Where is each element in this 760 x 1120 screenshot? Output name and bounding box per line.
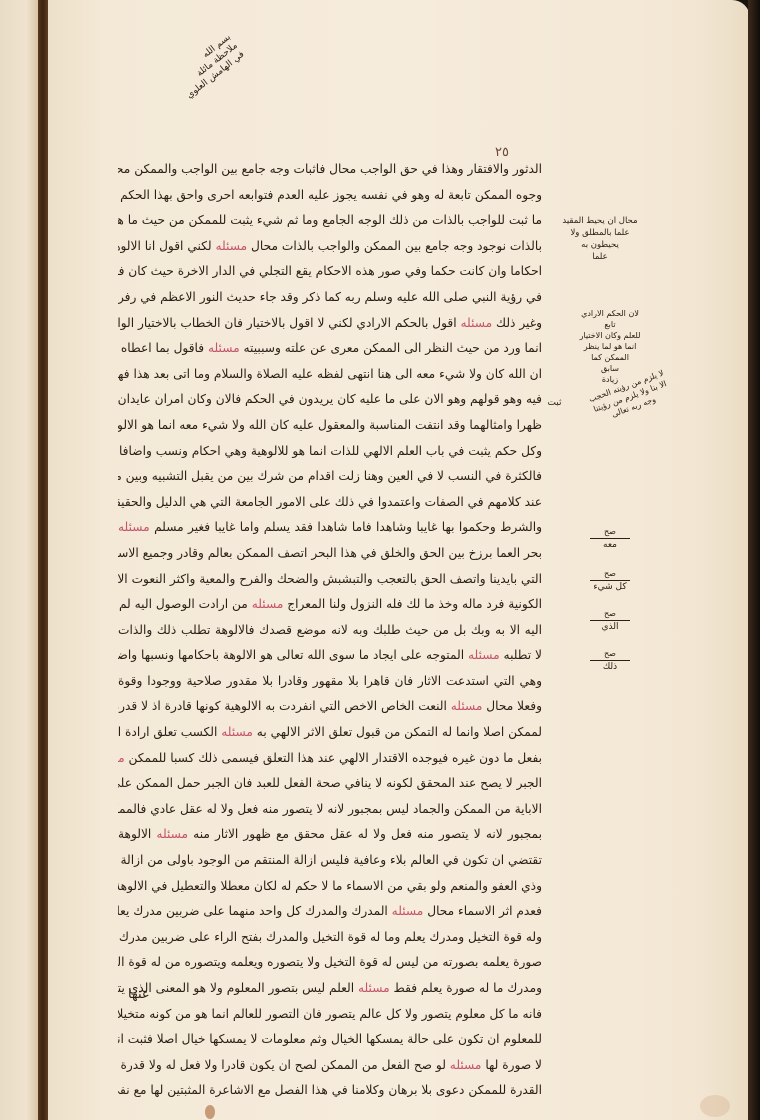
margin-note-1: محال ان يحيط المقيد علما بالمطلق ولا يحي… bbox=[560, 215, 640, 263]
facing-page-edge bbox=[0, 0, 38, 1120]
line-text: اليه الا به وبك بل من حيث طلبك وبه لانه … bbox=[118, 623, 542, 637]
line-text: العلم ليس بتصور المعلوم ولا هو المعنى ال… bbox=[118, 981, 354, 995]
rubric-heading: مسئله bbox=[217, 725, 256, 739]
line-text: بمجبور لانه لا يتصور منه فعل ولا له عقل … bbox=[193, 827, 542, 841]
text-line: ومدرك ما له صورة يعلم فقط مسئله العلم لي… bbox=[118, 976, 542, 1002]
margin-correction: صحمعه bbox=[590, 538, 630, 550]
line-text: لا صورة لها bbox=[485, 1058, 542, 1072]
text-line: صورة يعلمه بصورته من ليس له قوة التخيل و… bbox=[118, 950, 542, 976]
text-line: الجبر لا يصح عند المحقق لكونه لا ينافي ص… bbox=[118, 771, 542, 797]
line-text: في رؤية النبي صلى الله عليه وسلم ربه كما… bbox=[118, 290, 542, 304]
line-text: لكني اقول انا الالوهة bbox=[118, 239, 212, 253]
line-text: الكونية فرد ماله وخذ ما لك فله النزول ول… bbox=[287, 597, 542, 611]
rubric-heading: مسئله bbox=[457, 316, 496, 330]
line-text: وذي العفو والمنعم ولو بقي من الاسماء ما … bbox=[118, 879, 542, 893]
line-text: عند كلامهم في الصفات واعتمدوا في ذلك على… bbox=[118, 495, 542, 509]
text-line: وكل حكم يثبت في باب العلم الالهي للذات ا… bbox=[118, 439, 542, 465]
correction-text: كل شيء bbox=[593, 582, 626, 592]
line-text: فانه ما كل معلوم يتصور ولا كل عالم يتصور… bbox=[118, 1007, 542, 1021]
margin-note-4: ثبت bbox=[542, 398, 567, 408]
text-line: لممكن اصلا وانما له التمكن من قبول تعلق … bbox=[118, 720, 542, 746]
text-line: التي بايدينا واتصف الحق بالتعجب والتبشبش… bbox=[118, 567, 542, 593]
line-text: وله قوة التخيل ومدرك يعلم وما له قوة الت… bbox=[118, 930, 542, 944]
paper-stain bbox=[700, 1095, 730, 1117]
text-line: اليه الا به وبك بل من حيث طلبك وبه لانه … bbox=[118, 618, 542, 644]
rubric-heading: مسئله bbox=[151, 827, 193, 841]
text-line: بالذات نوجود وجه جامع بين الممكن والواجب… bbox=[118, 234, 542, 260]
rubric-heading: مسئله bbox=[204, 341, 243, 355]
line-text: بفعل ما دون غيره فيوجده الاقتدار الالهي … bbox=[129, 751, 542, 765]
catchword: عنها bbox=[128, 987, 150, 1002]
text-line: وفعلا محال مسئله النعت الخاص الاخص التي … bbox=[118, 694, 542, 720]
line-text: وجوه الممكن تابعة له وهو في نفسه يجوز عل… bbox=[118, 188, 542, 202]
line-text: ظهرا وامثالهما وقد انتفت المناسبة والمعق… bbox=[118, 418, 542, 432]
margin-note-2: لان الحكم الارادي تابع للعلم وكان الاختي… bbox=[575, 308, 645, 385]
text-line: لا تطلبه مسئله المتوجه على ايجاد ما سوى … bbox=[118, 643, 542, 669]
line-text: بالذات نوجود وجه جامع بين الممكن والواجب… bbox=[251, 239, 542, 253]
rubric-heading: مسئله bbox=[446, 1058, 485, 1072]
line-text: اقول بالحكم الارادي لكني لا اقول بالاختي… bbox=[118, 316, 457, 330]
line-text: صورة يعلمه بصورته من ليس له قوة التخيل و… bbox=[118, 955, 542, 969]
text-line: ظهرا وامثالهما وقد انتفت المناسبة والمعق… bbox=[118, 413, 542, 439]
text-line: تقتضي ان تكون في العالم بلاء وعافية فليس… bbox=[118, 848, 542, 874]
text-line: بفعل ما دون غيره فيوجده الاقتدار الالهي … bbox=[118, 746, 542, 772]
text-line: والشرط وحكموا بها غايبا وشاهدا فاما شاهد… bbox=[118, 515, 542, 541]
line-text: فالكثرة في النسب لا في العين وهنا زلت اق… bbox=[118, 469, 542, 483]
text-line: بحر العما برزخ بين الحق والخلق في هذا ال… bbox=[118, 541, 542, 567]
line-text: التي بايدينا واتصف الحق بالتعجب والتبشبش… bbox=[118, 572, 542, 586]
text-line: فانه ما كل معلوم يتصور ولا كل عالم يتصور… bbox=[118, 1002, 542, 1028]
text-line: لا صورة لها مسئله لو صح الفعل من الممكن … bbox=[118, 1053, 542, 1079]
rubric-heading: مسئله bbox=[388, 904, 427, 918]
text-line: فالكثرة في النسب لا في العين وهنا زلت اق… bbox=[118, 464, 542, 490]
sah-mark-icon: صح bbox=[590, 527, 630, 536]
correction-text: ذلك bbox=[603, 662, 617, 672]
text-line: ما ثبت للواجب بالذات من ذلك الوجه الجامع… bbox=[118, 208, 542, 234]
line-text: بحر العما برزخ بين الحق والخلق في هذا ال… bbox=[118, 546, 542, 560]
line-text: الكسب تعلق ارادة الممكن bbox=[118, 725, 217, 739]
correction-text: معه bbox=[603, 540, 617, 550]
rubric-heading: مسئله bbox=[118, 751, 129, 765]
line-text: وكل حكم يثبت في باب العلم الالهي للذات ا… bbox=[118, 444, 542, 458]
line-text: للمعلوم ان تكون على حالة يمسكها الخيال و… bbox=[118, 1032, 542, 1046]
line-text: لممكن اصلا وانما له التمكن من قبول تعلق … bbox=[257, 725, 542, 739]
text-line: بمجبور لانه لا يتصور منه فعل ولا له عقل … bbox=[118, 822, 542, 848]
line-text: من ارادت الوصول اليه لم تصل bbox=[118, 597, 248, 611]
line-text: القدرة للممكن دعوى بلا برهان وكلامنا في … bbox=[118, 1083, 542, 1097]
main-text-block: الدثور والافتقار وهذا في حق الواجب محال … bbox=[118, 157, 542, 1104]
rubric-heading: مسئله bbox=[212, 239, 251, 253]
rubric-heading: مسئله bbox=[118, 520, 154, 534]
line-text: والشرط وحكموا بها غايبا وشاهدا فاما شاهد… bbox=[154, 520, 542, 534]
text-line: الاباية من الممكن والجماد ليس بمجبور لان… bbox=[118, 797, 542, 823]
text-line: للمعلوم ان تكون على حالة يمسكها الخيال و… bbox=[118, 1027, 542, 1053]
line-text: الدثور والافتقار وهذا في حق الواجب محال … bbox=[118, 162, 542, 176]
text-line: وله قوة التخيل ومدرك يعلم وما له قوة الت… bbox=[118, 925, 542, 951]
margin-correction: صحكل شيء bbox=[590, 580, 630, 592]
line-text: الالوهة bbox=[118, 827, 151, 841]
text-line: القدرة للممكن دعوى بلا برهان وكلامنا في … bbox=[118, 1078, 542, 1104]
text-line: انما ورد من حيث النظر الى الممكن معرى عن… bbox=[118, 336, 542, 362]
text-line: الدثور والافتقار وهذا في حق الواجب محال … bbox=[118, 157, 542, 183]
line-text: لا تطلبه bbox=[504, 648, 542, 662]
line-text: ما ثبت للواجب بالذات من ذلك الوجه الجامع… bbox=[118, 213, 542, 227]
sah-mark-icon: صح bbox=[590, 569, 630, 578]
line-text: انما ورد من حيث النظر الى الممكن معرى عن… bbox=[244, 341, 543, 355]
rubric-heading: مسئله bbox=[354, 981, 393, 995]
line-text: الجبر لا يصح عند المحقق لكونه لا ينافي ص… bbox=[118, 776, 542, 790]
text-line: فيه وهو قولهم وهو الان على ما عليه كان ي… bbox=[118, 387, 542, 413]
line-text: فعدم اثر الاسماء محال bbox=[427, 904, 542, 918]
text-line: فعدم اثر الاسماء محال مسئله المدرك والمد… bbox=[118, 899, 542, 925]
margin-correction: صحالذي bbox=[590, 620, 630, 632]
line-text: المدرك والمدرك كل واحد منهما على ضربين م… bbox=[118, 904, 388, 918]
line-text: لو صح الفعل من الممكن لصح ان يكون قادرا … bbox=[118, 1058, 446, 1072]
rubric-heading: مسئله bbox=[447, 699, 486, 713]
text-line: وغير ذلك مسئله اقول بالحكم الارادي لكني … bbox=[118, 311, 542, 337]
line-text: المتوجه على ايجاد ما سوى الله تعالى هو ا… bbox=[118, 648, 464, 662]
text-line: الكونية فرد ماله وخذ ما لك فله النزول ول… bbox=[118, 592, 542, 618]
line-text: وفعلا محال bbox=[486, 699, 542, 713]
sah-mark-icon: صح bbox=[590, 649, 630, 658]
line-text: الاباية من الممكن والجماد ليس بمجبور لان… bbox=[118, 802, 542, 816]
rubric-heading: مسئله bbox=[464, 648, 503, 662]
ink-stain bbox=[205, 1105, 215, 1119]
line-text: ومدرك ما له صورة يعلم فقط bbox=[394, 981, 543, 995]
correction-text: الذي bbox=[601, 622, 618, 632]
line-text: تقتضي ان تكون في العالم بلاء وعافية فليس… bbox=[118, 853, 542, 867]
line-text: وهي التي استدعت الاثار فان قاهرا بلا مقه… bbox=[118, 674, 542, 688]
text-line: في رؤية النبي صلى الله عليه وسلم ربه كما… bbox=[118, 285, 542, 311]
line-text: وغير ذلك bbox=[496, 316, 542, 330]
text-line: عند كلامهم في الصفات واعتمدوا في ذلك على… bbox=[118, 490, 542, 516]
line-text: النعت الخاص الاخص التي انفردت به الالوهي… bbox=[118, 699, 447, 713]
rubric-heading: مسئله bbox=[248, 597, 287, 611]
sah-mark-icon: صح bbox=[590, 609, 630, 618]
line-text: فاقول بما اعطاه الكشف الاعصم bbox=[118, 341, 204, 355]
page-edge-shadow bbox=[748, 0, 760, 1120]
text-line: وذي العفو والمنعم ولو بقي من الاسماء ما … bbox=[118, 874, 542, 900]
margin-correction: صحذلك bbox=[590, 660, 630, 672]
line-text: احكاما وان كانت حكما وفي صور هذه الاحكام… bbox=[118, 264, 542, 278]
text-line: وجوه الممكن تابعة له وهو في نفسه يجوز عل… bbox=[118, 183, 542, 209]
line-text: فيه وهو قولهم وهو الان على ما عليه كان ي… bbox=[118, 392, 542, 406]
text-line: وهي التي استدعت الاثار فان قاهرا بلا مقه… bbox=[118, 669, 542, 695]
text-line: احكاما وان كانت حكما وفي صور هذه الاحكام… bbox=[118, 259, 542, 285]
text-line: ان الله كان ولا شيء معه الى هنا انتهى لف… bbox=[118, 362, 542, 388]
line-text: ان الله كان ولا شيء معه الى هنا انتهى لف… bbox=[118, 367, 542, 381]
